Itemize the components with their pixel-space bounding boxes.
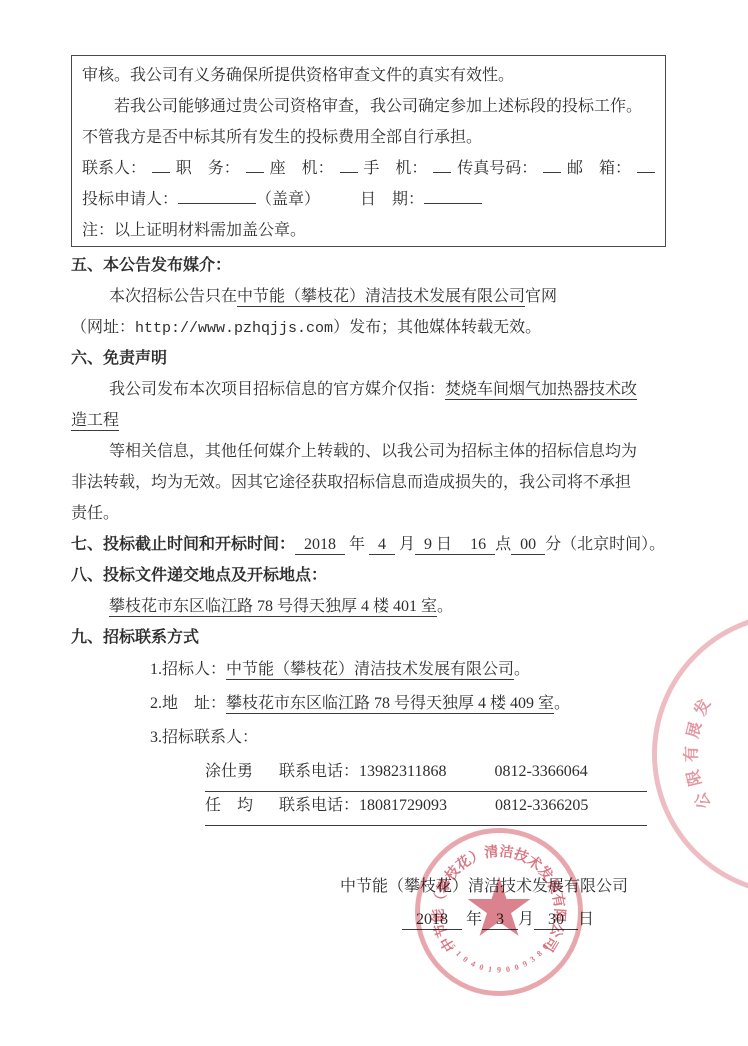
box-line-commitment: 若我公司能够通过贵公司资格审查，我公司确定参加上述标段的投标工作。 [82,91,655,122]
field-contact-blank [152,158,170,173]
date-field-label: 日 期： [360,191,424,208]
deadline-year: 2018 [295,536,345,555]
section5-line1: 本次招标公告只在中节能（攀枝花）清洁技术发展有限公司官网 [71,281,731,312]
box-line-guarantee: 审核。我公司有义务确保所提供资格审查文件的真实有效性。 [82,60,655,91]
section6-line4: 非法转载，均为无效。因其它途径获取招标信息而造成损失的，我公司将不承担 [71,467,731,498]
applicant-blank [178,189,256,204]
signature-date-line: 2018 年3月30日 [402,906,594,929]
contact-row-2: 任 均 联系电话： 18081729093 0812-3366205 [71,789,731,823]
contact-row-underline: 任 均 联系电话： 18081729093 0812-3366205 [205,789,647,826]
field-email-label: 邮 箱： [567,153,631,184]
project-name-part1: 焚烧车间烟气加热器技术改 [445,381,637,400]
applicant-label: 投标申请人： [82,191,178,208]
phone-label: 联系电话： [279,755,359,789]
sec7-tail: 分（北京时间）。 [545,536,665,553]
field-title-blank [246,158,264,173]
section6-line3: 等相关信息，其他任何媒介上转载的、以我公司为招标主体的招标信息均为 [71,436,731,467]
section7-line: 七、投标截止时间和开标时间：2018 年 4 月9 日16点00分（北京时间）。 [71,529,731,560]
section6-line1: 我公司发布本次项目招标信息的官方媒介仅指：焚烧车间烟气加热器技术改 [71,374,731,405]
signature-company-name: 中节能（攀枝花）清洁技术发展有限公司 [340,873,628,896]
section6-line5: 责任。 [71,498,731,529]
contact-name: 涂仕勇 [205,755,253,789]
contact-telephone: 0812-3366064 [494,755,587,789]
field-mobile-blank [433,158,451,173]
field-landline-blank [340,158,358,173]
hour-label: 点 [495,536,511,553]
field-mobile-label: 手 机： [363,153,427,184]
declaration-box: 审核。我公司有义务确保所提供资格审查文件的真实有效性。 若我公司能够通过贵公司资… [71,55,666,247]
phone-label: 联系电话： [279,789,359,823]
deadline-minute: 00 [511,536,545,555]
contact-person-label-line: 3.招标联系人： [71,721,731,755]
year-label: 年 [349,536,365,553]
scanned-document-page: 审核。我公司有义务确保所提供资格审查文件的真实有效性。 若我公司能够通过贵公司资… [0,0,748,1046]
field-contact-label: 联系人： [82,153,146,184]
contact-row-underline: 涂仕勇 联系电话： 13982311868 0812-3366064 [205,755,647,792]
sec5-url-open: （网址： [71,319,135,336]
sig-day-label: 日 [578,911,594,928]
signature-year: 2018 [402,911,462,930]
tenderer-line: 1.招标人：中节能（攀枝花）清洁技术发展有限公司。 [71,653,731,687]
field-title-label: 职 务： [176,153,240,184]
box-contact-fields: 联系人：职 务：座 机：手 机：传真号码：邮 箱： [82,153,655,184]
box-line-cost: 不管我方是否中标其所有发生的投标费用全部自行承担。 [82,122,655,153]
contact-mobile: 13982311868 [359,755,446,789]
address-line: 2.地 址：攀枝花市东区临江路 78 号得天独厚 4 楼 409 室。 [71,687,731,721]
section8-address-line: 攀枝花市东区临江路 78 号得天独厚 4 楼 401 室。 [71,591,731,622]
section5-heading: 五、本公告发布媒介： [71,250,731,281]
project-name-part2: 造工程 [71,412,119,431]
sig-month-label: 月 [518,911,534,928]
section7-heading: 七、投标截止时间和开标时间： [71,536,295,553]
sec5-suffix: 官网 [525,288,557,305]
address-label: 2.地 址： [150,695,226,712]
contact-row-1: 涂仕勇 联系电话： 13982311868 0812-3366064 [71,755,731,789]
tenderer-address: 攀枝花市东区临江路 78 号得天独厚 4 楼 409 室 [226,695,554,714]
month-label: 月 [399,536,415,553]
item1-period: 。 [514,661,530,678]
section6-line2: 造工程 [71,405,731,436]
section8-heading: 八、投标文件递交地点及开标地点： [71,560,731,591]
box-note-line: 注：以上证明材料需加盖公章。 [82,215,655,246]
contact-name: 任 均 [205,789,253,823]
contact-mobile: 18081729093 [359,789,447,823]
item2-period: 。 [554,695,570,712]
sec5-url-close: ）发布；其他媒体转载无效。 [333,319,541,336]
sec8-period: 。 [437,598,453,615]
sec6-prefix: 我公司发布本次项目招标信息的官方媒介仅指： [109,381,445,398]
box-applicant-line: 投标申请人：（盖章）日 期： [82,184,655,215]
tenderer-label: 1.招标人： [150,661,226,678]
signature-day: 30 [534,911,578,930]
date-blank [424,189,482,204]
sec5-official-site: 中节能（攀枝花）清洁技术发展有限公司 [237,288,525,307]
deadline-month: 4 [369,536,395,555]
section6-heading: 六、免责声明 [71,343,731,374]
sig-year-label: 年 [466,911,482,928]
field-email-blank [637,158,655,173]
field-landline-label: 座 机： [270,153,334,184]
document-body: 五、本公告发布媒介： 本次招标公告只在中节能（攀枝花）清洁技术发展有限公司官网 … [71,250,731,823]
field-fax-blank [543,158,561,173]
signature-month: 3 [482,911,518,930]
sec5-prefix: 本次招标公告只在 [109,288,237,305]
submission-address: 攀枝花市东区临江路 78 号得天独厚 4 楼 401 室 [109,598,437,617]
website-url: http://www.pzhqjjs.com [135,320,333,337]
field-fax-label: 传真号码： [457,153,537,184]
contact-telephone: 0812-3366205 [495,789,588,823]
deadline-day: 9 日 [415,536,461,555]
tenderer-name: 中节能（攀枝花）清洁技术发展有限公司 [226,661,514,680]
section9-heading: 九、招标联系方式 [71,622,731,653]
seal-note-label: （盖章） [256,191,320,208]
section5-line2: （网址：http://www.pzhqjjs.com）发布；其他媒体转载无效。 [71,312,731,343]
deadline-hour: 16 [461,536,495,555]
